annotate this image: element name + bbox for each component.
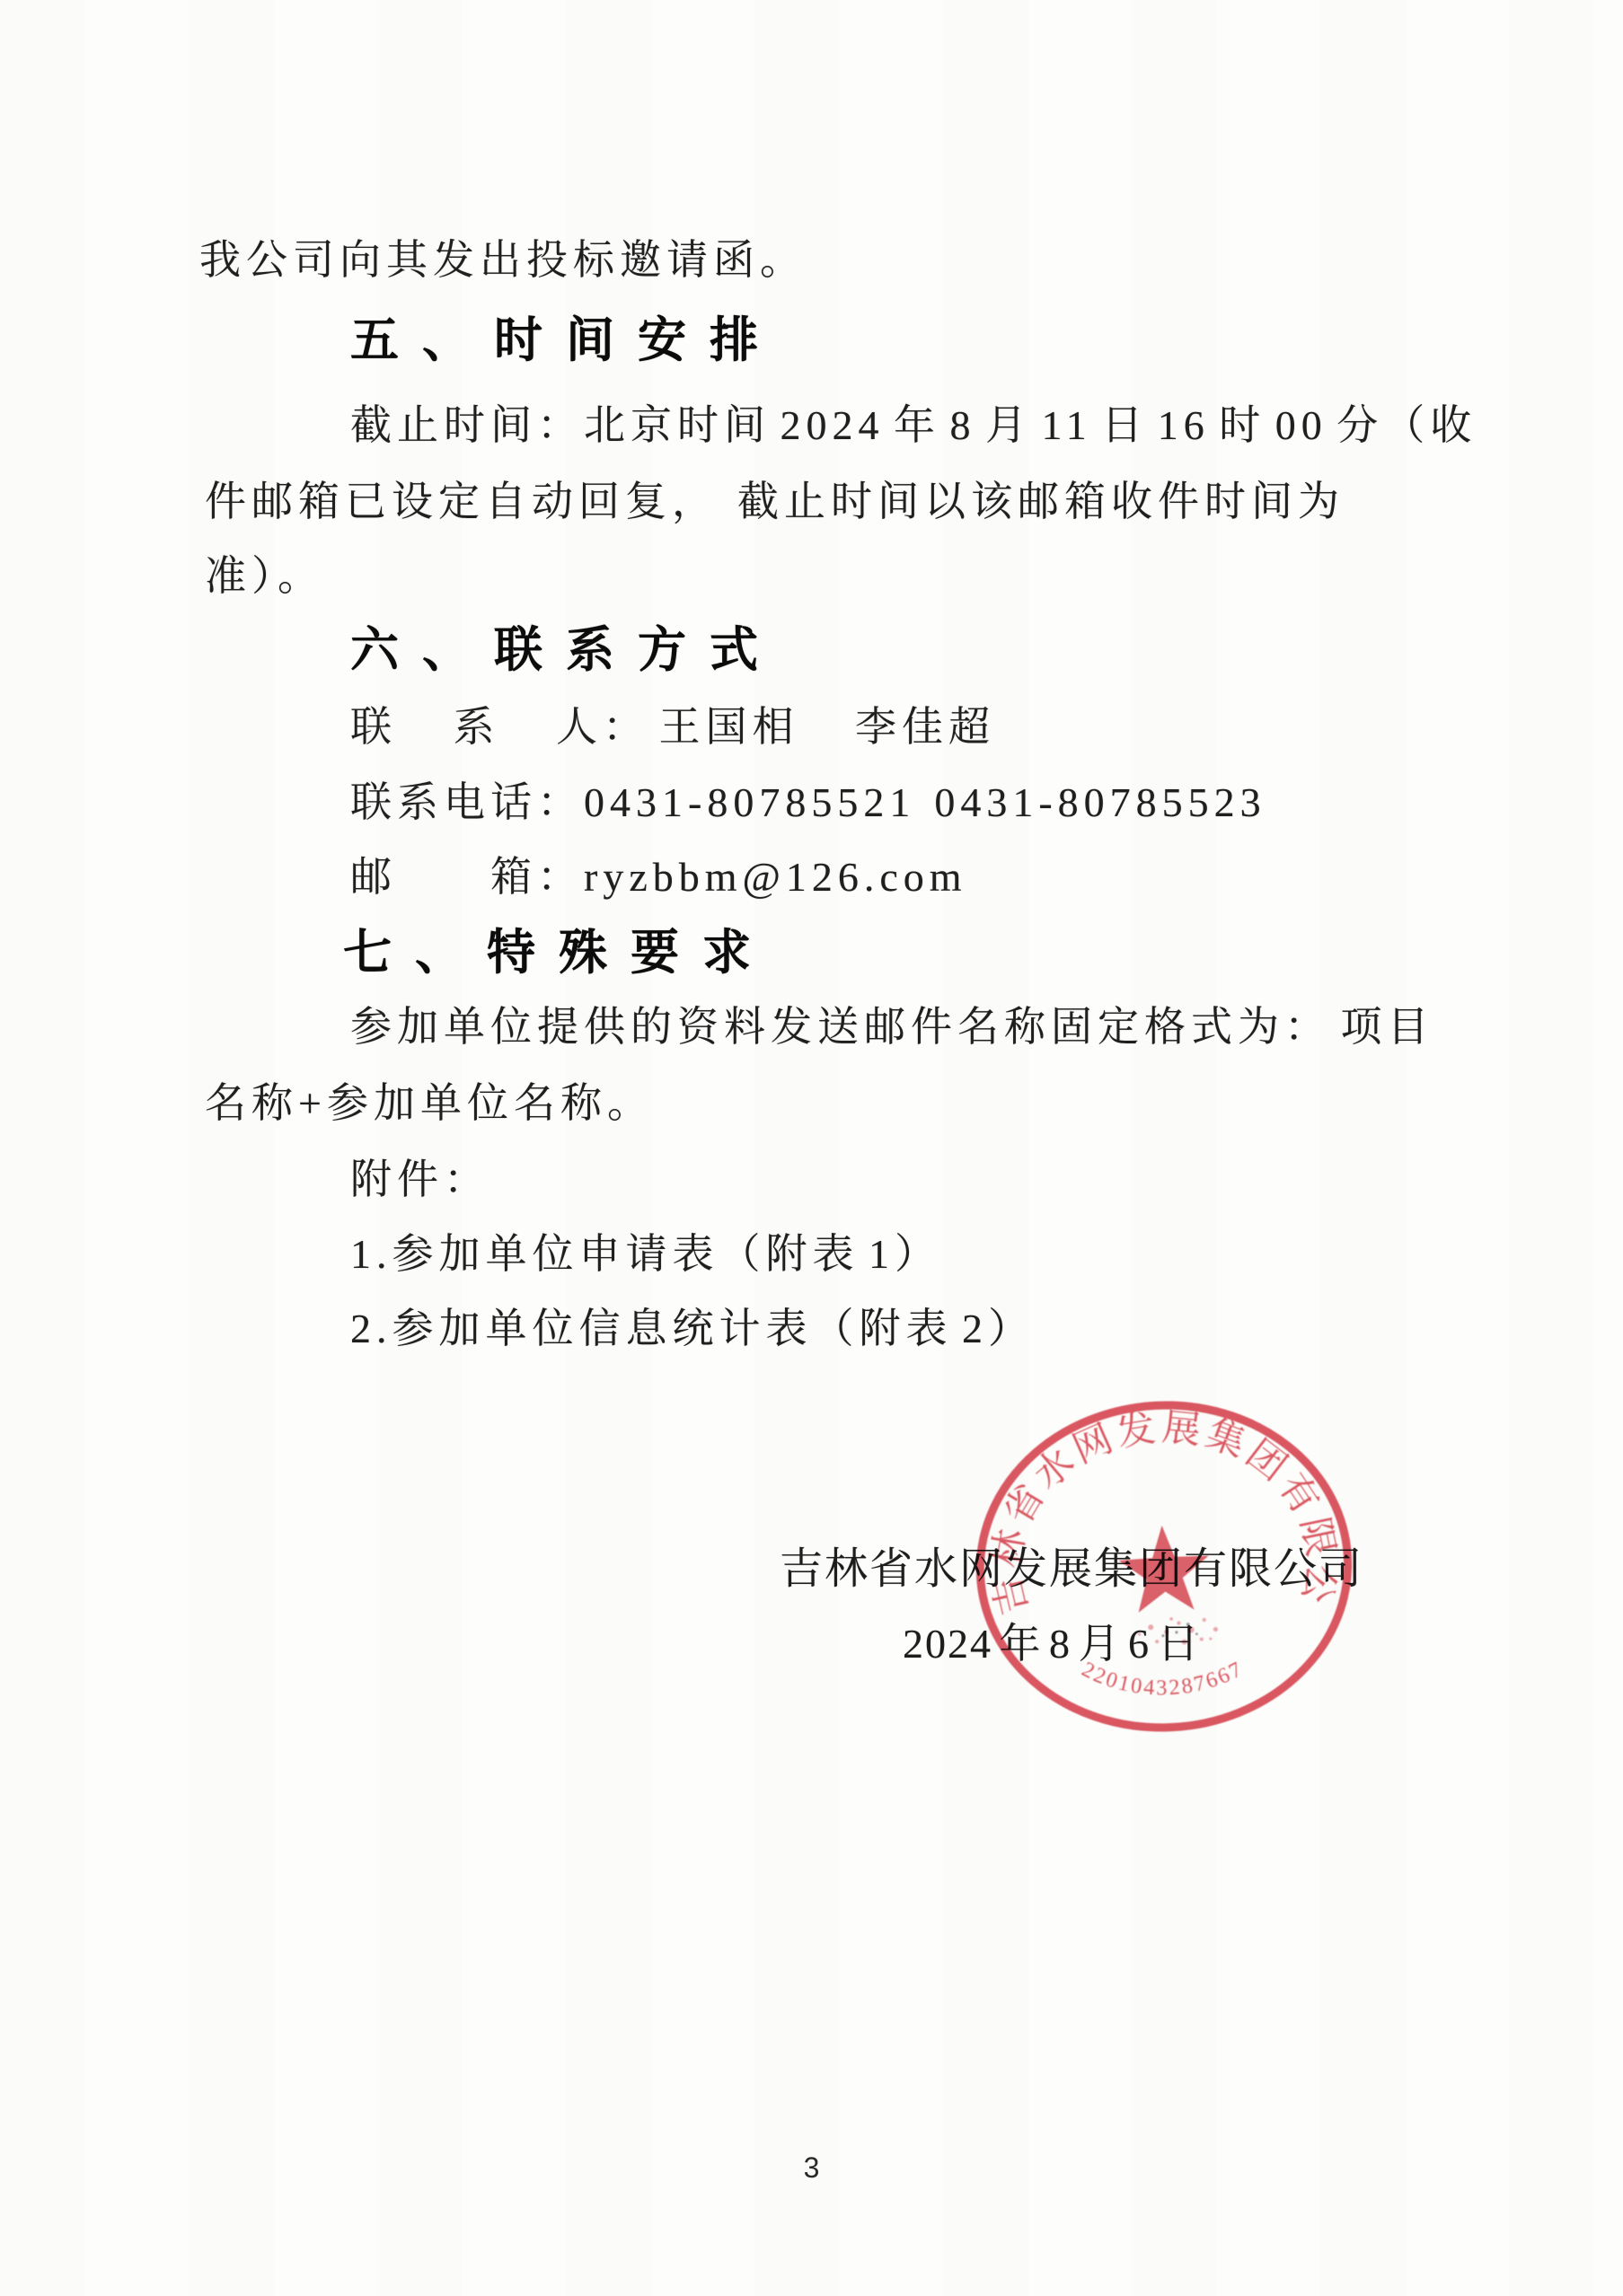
line-attachment-2: 2.参加单位信息统计表（附表 2） [350, 1306, 1035, 1353]
line-special-2: 名称+参加单位名称。 [205, 1080, 654, 1128]
line-contact-person: 联 系 人： 王国相 李佳超 [350, 704, 995, 752]
line-contact-email: 邮 箱：ryzbbm@126.com [350, 854, 967, 902]
line-deadline-2: 件邮箱已设定自动回复， 截止时间以该邮箱收件时间为 [205, 479, 1345, 526]
heading-time-schedule: 五、时间安排 [350, 312, 781, 368]
line-deadline-1: 截止时间：北京时间 2024 年 8 月 11 日 16 时 00 分（收 [350, 402, 1477, 450]
company-seal: 吉林省水网发展集团有限公司 2201043287667 [959, 1387, 1368, 1746]
line-special-1: 参加单位提供的资料发送邮件名称固定格式为： 项目 [350, 1004, 1434, 1051]
seal-star-icon [1116, 1523, 1211, 1613]
line-attachment-1: 1.参加单位申请表（附表 1） [350, 1231, 941, 1279]
document-page: 我公司向其发出投标邀请函。 五、时间安排 截止时间：北京时间 2024 年 8 … [0, 0, 1623, 2296]
page-number: 3 [0, 2151, 1623, 2185]
line-contact-phone: 联系电话：0431-80785521 0431-80785523 [350, 779, 1266, 827]
line-deadline-3: 准）。 [205, 553, 324, 601]
heading-special-requirements: 七、特殊要求 [343, 925, 774, 981]
line-invitation-close: 我公司向其发出投标邀请函。 [199, 237, 807, 285]
heading-contact: 六、联系方式 [350, 622, 781, 678]
svg-text:2201043287667: 2201043287667 [1077, 1649, 1248, 1704]
seal-smudge-speckles [1137, 1614, 1219, 1647]
line-attachments-label: 附件： [350, 1157, 490, 1204]
seal-serial-number: 2201043287667 [1077, 1649, 1248, 1704]
